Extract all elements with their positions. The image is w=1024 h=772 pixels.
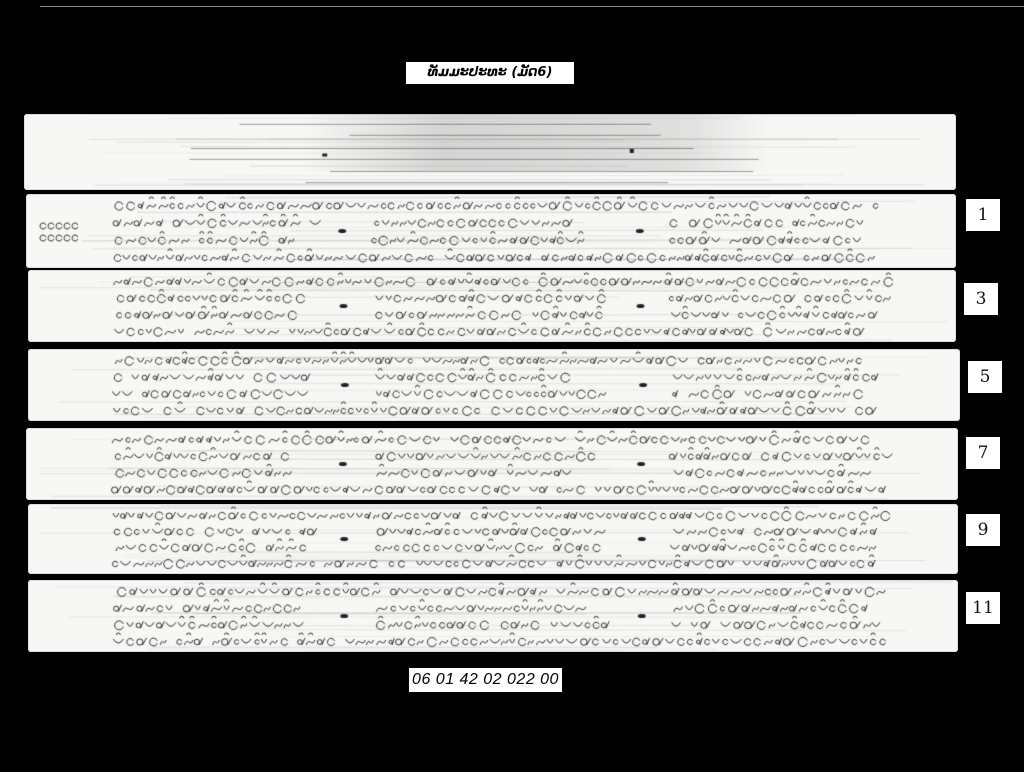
leaf-1 [26, 194, 956, 268]
leaf-number-card-7: 7 [966, 437, 1000, 469]
catalog-number-label: 06 01 42 02 022 00 [409, 668, 562, 692]
leaf-number-card-1: 1 [966, 199, 1000, 231]
leaf-number-card-3: 3 [964, 283, 998, 315]
leaf-number-card-9: 9 [966, 514, 1000, 546]
manuscript-title-label: ທັມມະປະທະ (ມັດ6) [406, 62, 574, 84]
leaf-5 [28, 349, 960, 421]
scan-edge-line [40, 6, 1024, 7]
leaf-9 [28, 504, 958, 574]
leaf-11 [28, 580, 958, 652]
cover-leaf [24, 114, 956, 190]
leaf-number-card-11: 11 [966, 592, 1000, 624]
leaf-7 [26, 428, 958, 500]
leaf-number-card-5: 5 [968, 361, 1002, 393]
leaf-3 [28, 270, 956, 342]
